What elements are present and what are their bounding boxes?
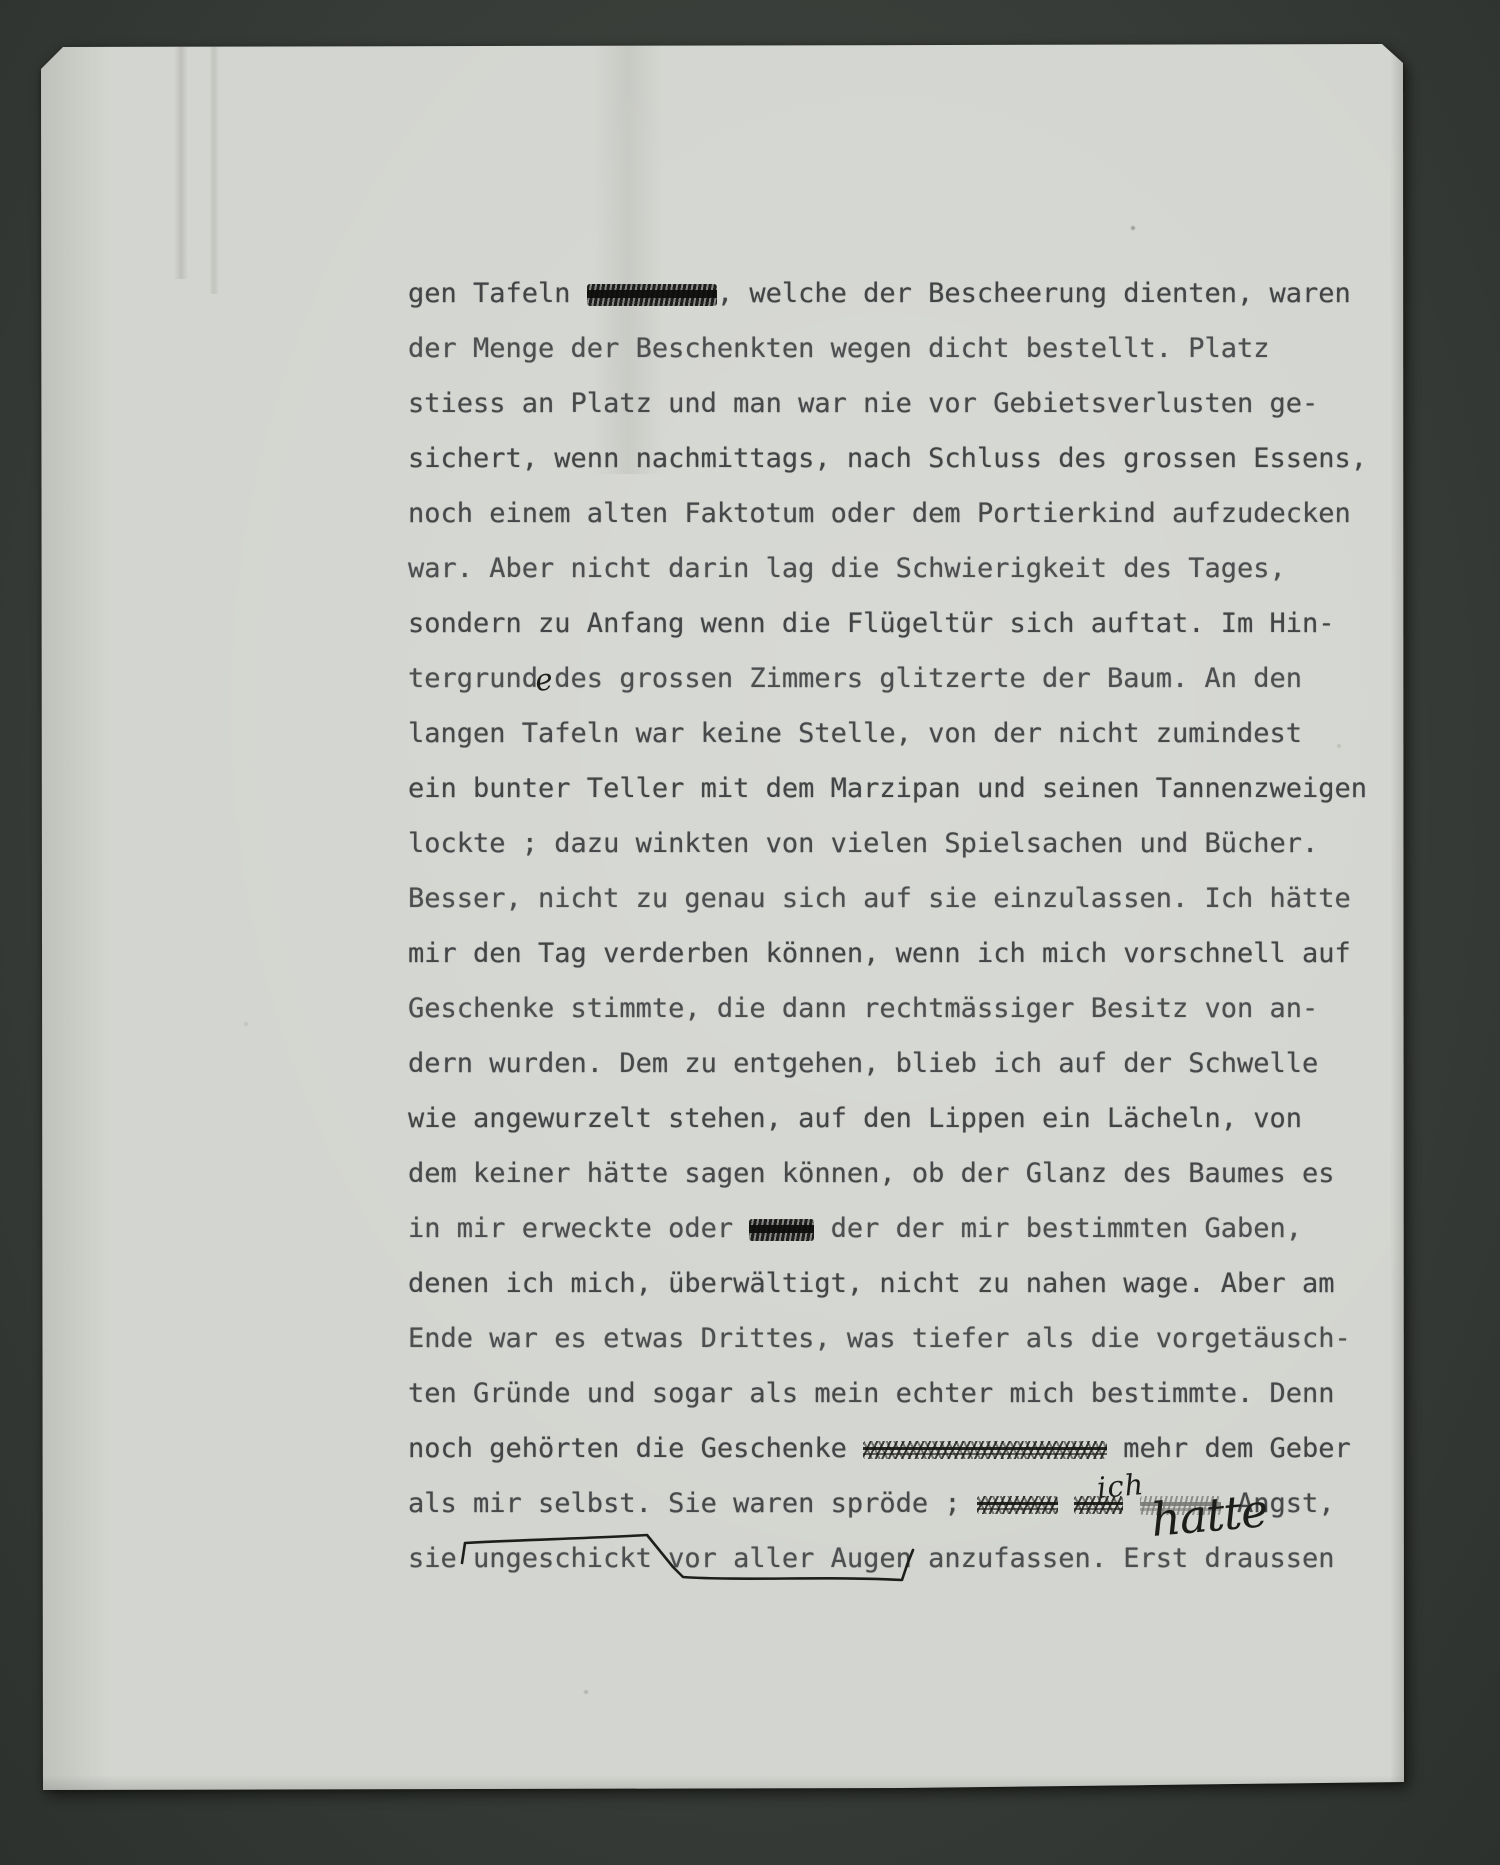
typescript-line: dem keiner hätte sagen können, ob der Gl… xyxy=(408,1146,1367,1201)
typescript-line: denen ich mich, überwältigt, nicht zu na… xyxy=(408,1256,1367,1311)
typed-text: Geschenke stimmte, die dann rechtmässige… xyxy=(408,993,1318,1024)
typescript-line: sondern zu Anfang wenn die Flügeltür sic… xyxy=(408,596,1367,651)
typed-text: mir den Tag verderben können, wenn ich m… xyxy=(408,938,1351,969)
typescript-line: sichert, wenn nachmittags, nach Schluss … xyxy=(408,431,1367,486)
photo-of-typescript: { "document": { "kind": "typewritten man… xyxy=(0,0,1500,1865)
typed-text: der der mir bestimmten Gaben, xyxy=(814,1213,1302,1244)
typed-text: langen Tafeln war keine Stelle, von der … xyxy=(408,718,1302,749)
typed-text: mehr dem Geber xyxy=(1107,1433,1351,1464)
typed-text: ten Gründe und sogar als mein echter mic… xyxy=(408,1378,1335,1409)
typescript-line: stiess an Platz und man war nie vor Gebi… xyxy=(408,376,1367,431)
strikethrough-redaction xyxy=(749,1219,814,1241)
typed-text: der Menge der Beschenkten wegen dicht be… xyxy=(408,333,1270,364)
typed-text: wie angewurzelt stehen, auf den Lippen e… xyxy=(408,1103,1302,1134)
typed-text xyxy=(1058,1488,1074,1519)
typed-text: gen Tafeln xyxy=(408,278,587,309)
typescript-text: gen Tafeln , welche der Bescheerung dien… xyxy=(408,266,1367,1586)
typescript-line: ein bunter Teller mit dem Marzipan und s… xyxy=(408,761,1367,816)
strikethrough-redaction xyxy=(863,1441,1107,1459)
typed-text: dem keiner hätte sagen können, ob der Gl… xyxy=(408,1158,1335,1189)
typed-text: lockte ; dazu winkten von vielen Spielsa… xyxy=(408,828,1318,859)
typed-text: noch gehörten die Geschenke xyxy=(408,1433,863,1464)
typescript-line: wie angewurzelt stehen, auf den Lippen e… xyxy=(408,1091,1367,1146)
strikethrough-redaction xyxy=(977,1496,1058,1514)
typed-text: sondern zu Anfang wenn die Flügeltür sic… xyxy=(408,608,1335,639)
typed-text: , welche der Bescheerung dienten, waren xyxy=(717,278,1351,309)
typed-text: war. Aber nicht darin lag die Schwierigk… xyxy=(408,553,1286,584)
paper-shadow: gen Tafeln , welche der Bescheerung dien… xyxy=(0,0,1500,1865)
typed-text: denen ich mich, überwältigt, nicht zu na… xyxy=(408,1268,1335,1299)
typed-text: in mir erweckte oder xyxy=(408,1213,749,1244)
typescript-line: dern wurden. Dem zu entgehen, blieb ich … xyxy=(408,1036,1367,1091)
manuscript-page: gen Tafeln , welche der Bescheerung dien… xyxy=(41,44,1404,1791)
typescript-line: Geschenke stimmte, die dann rechtmässige… xyxy=(408,981,1367,1036)
typescript-line: der Menge der Beschenkten wegen dicht be… xyxy=(408,321,1367,376)
typescript-line: gen Tafeln , welche der Bescheerung dien… xyxy=(408,266,1367,321)
typed-text: Ende war es etwas Drittes, was tiefer al… xyxy=(408,1323,1351,1354)
typed-text: stiess an Platz und man war nie vor Gebi… xyxy=(408,388,1318,419)
handwritten-word-hatte: hatte xyxy=(1149,1483,1270,1547)
typescript-line: langen Tafeln war keine Stelle, von der … xyxy=(408,706,1367,761)
typescript-line: Ende war es etwas Drittes, was tiefer al… xyxy=(408,1311,1367,1366)
typescript-line: lockte ; dazu winkten von vielen Spielsa… xyxy=(408,816,1367,871)
typed-text: sichert, wenn nachmittags, nach Schluss … xyxy=(408,443,1367,474)
strikethrough-redaction xyxy=(587,284,717,306)
typed-text: sie ungeschickt vor aller Augen anzufass… xyxy=(408,1543,1335,1574)
typescript-line: in mir erweckte oder der der mir bestimm… xyxy=(408,1201,1367,1256)
typed-text: als mir selbst. Sie waren spröde ; xyxy=(408,1488,977,1519)
typed-text: Besser, nicht zu genau sich auf sie einz… xyxy=(408,883,1351,914)
typescript-line: war. Aber nicht darin lag die Schwierigk… xyxy=(408,541,1367,596)
typescript-line: noch gehörten die Geschenke mehr dem Geb… xyxy=(408,1421,1367,1476)
typed-text: noch einem alten Faktotum oder dem Porti… xyxy=(408,498,1351,529)
typescript-line: Besser, nicht zu genau sich auf sie einz… xyxy=(408,871,1367,926)
typed-text: dern wurden. Dem zu entgehen, blieb ich … xyxy=(408,1048,1318,1079)
typescript-line: ten Gründe und sogar als mein echter mic… xyxy=(408,1366,1367,1421)
typescript-line: noch einem alten Faktotum oder dem Porti… xyxy=(408,486,1367,541)
typescript-line: mir den Tag verderben können, wenn ich m… xyxy=(408,926,1367,981)
typed-text: ein bunter Teller mit dem Marzipan und s… xyxy=(408,773,1367,804)
handwritten-word-ich: ich xyxy=(1096,1467,1146,1505)
